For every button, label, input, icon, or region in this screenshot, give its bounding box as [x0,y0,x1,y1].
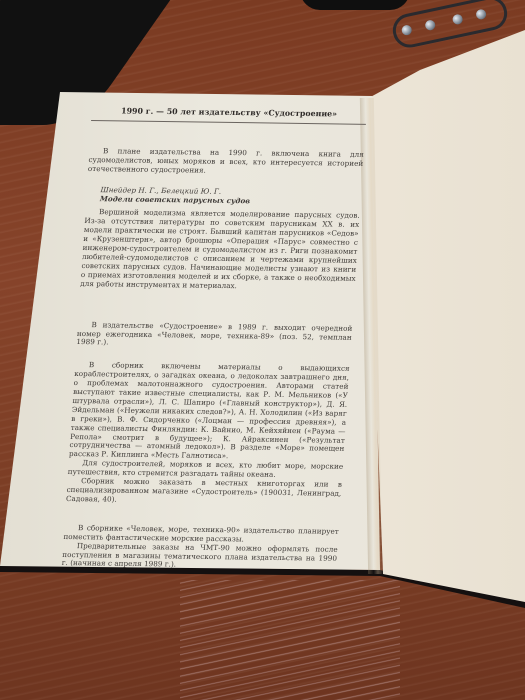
rhinestone-icon [401,24,413,36]
table-scratches [180,580,400,700]
black-strap-edge [300,0,410,10]
yearbook-ordering: Сборник можно заказать в местных книгото… [66,477,343,508]
page-text: 1990 г. — 50 лет издательству «Судострое… [61,107,366,572]
rhinestone-icon [475,8,487,20]
next-issue-preorders: Предварительные заказы на ЧМТ-90 можно о… [61,542,338,573]
yearbook-announcement: В издательстве «Судостроение» в 1989 г. … [76,321,353,352]
yearbook-contents: В сборник включены материалы о выдающихс… [69,361,350,463]
book-description: Вершиной моделизма является моделировани… [80,208,360,292]
rhinestone-icon [424,19,436,31]
rhinestone-icon [452,13,464,25]
intro-paragraph: В плане издательства на 1990 г. включена… [88,147,365,178]
running-header: 1990 г. — 50 лет издательству «Судострое… [91,107,367,125]
